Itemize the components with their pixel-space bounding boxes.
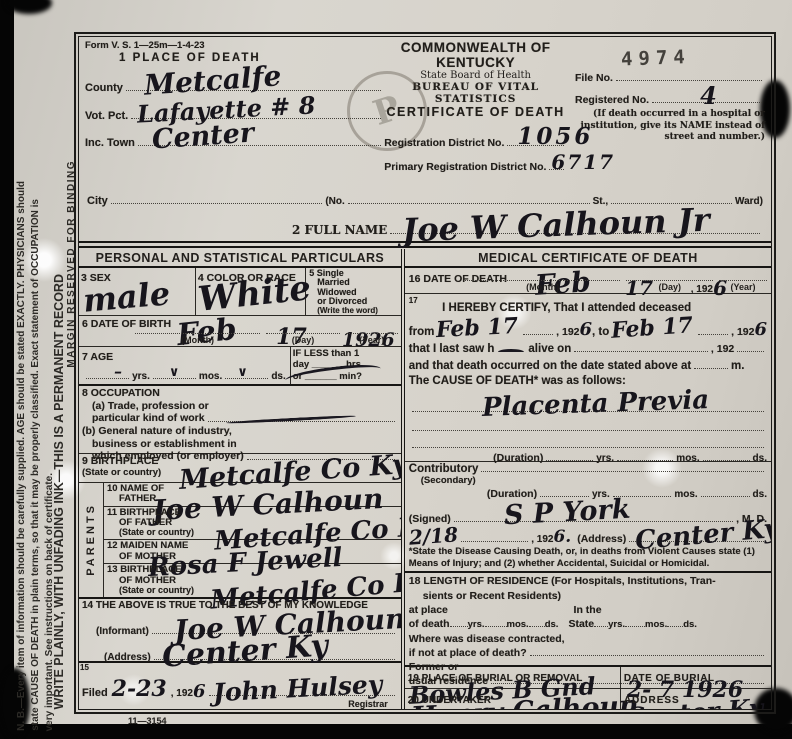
medical-column: MEDICAL CERTIFICATE OF DEATH 16 DATE OF … bbox=[405, 249, 771, 709]
residence-block: 18 LENGTH OF RESIDENCE (For Hospitals, I… bbox=[405, 573, 771, 667]
street-no-label: (No. bbox=[325, 196, 344, 207]
mother-birthplace-row: 13 BIRTHPLACE OF MOTHER (State or countr… bbox=[104, 564, 401, 597]
cause-of-death-block: The CAUSE OF DEATH* was as follows: Plac… bbox=[405, 374, 771, 462]
residence-atplace-label: at place bbox=[409, 603, 574, 617]
filed-date-value: 2-23 bbox=[112, 680, 167, 699]
res-ds1: ds. bbox=[545, 619, 559, 632]
registration-district-field: Registration District No. 1056 bbox=[384, 119, 567, 149]
file-no-label: File No. bbox=[575, 72, 613, 84]
dod-day-caption: (Day) bbox=[626, 280, 713, 292]
sex-cell: 3 SEX male bbox=[79, 268, 196, 315]
informant-label: (Informant) bbox=[96, 626, 149, 637]
burial-row: 19 PLACE OF BURIAL OR REMOVAL Bowles B G… bbox=[405, 667, 771, 689]
residence-ofdeath-label: of death bbox=[409, 617, 450, 631]
residence-ifnot-label: if not at place of death? bbox=[409, 646, 527, 660]
dod-year-caption: (Year) bbox=[719, 280, 767, 292]
personal-section-title: PERSONAL AND STATISTICAL PARTICULARS bbox=[79, 249, 401, 268]
signed-date-value: 2/18 bbox=[408, 526, 458, 546]
birthplace-row: 9 BIRTHPLACE (State or country) Metcalfe… bbox=[79, 454, 401, 483]
occupation-a-line1: (a) Trade, profession or bbox=[92, 400, 398, 413]
burial-date-cell: DATE OF BURIAL 2- 7 1926 bbox=[621, 667, 771, 688]
file-number-stamp: 4974 bbox=[621, 43, 766, 70]
inc-town-value: Center bbox=[151, 123, 255, 153]
ink-stroke bbox=[226, 415, 356, 425]
file-no-field: File No. bbox=[575, 68, 765, 84]
physician-signature: S P York bbox=[503, 498, 631, 528]
residence-inthe-label: In the bbox=[574, 603, 602, 617]
primary-registration-field: Primary Registration District No. 6717 bbox=[384, 149, 567, 173]
parents-vertical-label: PARENTS bbox=[79, 483, 104, 597]
personal-column: PERSONAL AND STATISTICAL PARTICULARS 3 S… bbox=[79, 249, 405, 709]
filed-year-printed: , 192 bbox=[171, 688, 193, 699]
cause-footnote: *State the Disease Causing Death, or, in… bbox=[405, 545, 771, 574]
certificate-form: P Form V. S. 1—25m—1-4-23 1 PLACE OF DEA… bbox=[74, 32, 776, 714]
certify-to-label: , to bbox=[592, 324, 609, 341]
registered-no-value: 4 bbox=[700, 86, 717, 106]
age-mos-mark: ∨ bbox=[169, 367, 180, 378]
residence-where-label: Where was disease contracted, bbox=[409, 632, 767, 646]
certify-line: I HEREBY CERTIFY, That I attended deceas… bbox=[442, 302, 691, 314]
certify-from-label: from bbox=[409, 324, 435, 341]
certify-year1-suffix: 6 bbox=[580, 322, 593, 337]
registration-district-value: 1056 bbox=[517, 127, 593, 147]
lastsaw-line: that I last saw h bbox=[409, 341, 495, 358]
main-columns: PERSONAL AND STATISTICAL PARTICULARS 3 S… bbox=[79, 249, 771, 709]
father-birthplace-row: 11 BIRTHPLACE OF FATHER (State or countr… bbox=[104, 507, 401, 541]
age-mos-label: mos. bbox=[199, 371, 222, 382]
attended-from-value: Feb 17 bbox=[436, 316, 519, 339]
primary-registration-label: Primary Registration District No. bbox=[384, 161, 546, 173]
sex-value: male bbox=[82, 280, 171, 315]
parents-block: PARENTS 10 NAME OF FATHER Joe W Calhoun … bbox=[79, 483, 401, 599]
res-ds2: ds. bbox=[683, 619, 697, 632]
dob-year-caption: (Year) bbox=[346, 333, 398, 345]
parents-label-text: PARENTS bbox=[85, 503, 97, 576]
scanned-death-certificate: N. B.—Every item of information should b… bbox=[0, 0, 792, 739]
res-yrs1: yrs. bbox=[468, 619, 485, 632]
age-cell: 7 AGE – yrs. ∨ mos. ∨ ds. bbox=[79, 347, 290, 385]
registered-no-field: Registered No. 4 bbox=[575, 84, 765, 106]
dob-month-caption: (Month) bbox=[135, 333, 260, 345]
informant-block: 14 THE ABOVE IS TRUE TO THE BEST OF MY K… bbox=[79, 599, 401, 663]
lastsaw-year-printed: , 192 bbox=[711, 342, 734, 358]
father-name-row: 10 NAME OF FATHER Joe W Calhoun bbox=[104, 483, 401, 507]
county-field: County Metcalfe bbox=[85, 66, 384, 94]
dob-day-caption: (Day) bbox=[266, 333, 340, 345]
age-ds-label: ds. bbox=[271, 371, 285, 382]
form-code: Form V. S. 1—25m—1-4-23 bbox=[85, 40, 384, 51]
margin-note-nb-line2: state CAUSE OF DEATH in plain terms, so … bbox=[30, 199, 41, 731]
registrar-signature: John Hulsey bbox=[212, 673, 382, 703]
sex-race-marital-row: 3 SEX male 4 COLOR OR RACE White 5 Singl… bbox=[79, 268, 401, 316]
dob-label: 6 DATE OF BIRTH bbox=[82, 318, 171, 330]
form-header: P Form V. S. 1—25m—1-4-23 1 PLACE OF DEA… bbox=[79, 37, 771, 187]
certify-year2-suffix: 6 bbox=[754, 322, 767, 337]
header-right-block: COMMONWEALTH OF KENTUCKY State Board of … bbox=[384, 40, 765, 187]
occupation-row: 8 OCCUPATION (a) Trade, profession or pa… bbox=[79, 386, 401, 454]
residence-state-label: State bbox=[568, 617, 594, 631]
commonwealth-title: COMMONWEALTH OF KENTUCKY bbox=[384, 40, 567, 70]
age-label: 7 AGE bbox=[82, 351, 113, 363]
inc-town-field: Inc. Town Center bbox=[85, 122, 384, 149]
dod-month-caption: (Month) bbox=[465, 280, 621, 292]
signed-year-suffix: 6. bbox=[553, 530, 571, 544]
full-name-value: Joe W Calhoun Jr bbox=[402, 206, 710, 244]
signed-year-printed: , 192 bbox=[531, 534, 553, 545]
race-value: White bbox=[197, 274, 313, 315]
race-cell: 4 COLOR OR RACE White bbox=[196, 268, 306, 315]
date-of-birth-row: 6 DATE OF BIRTH Feb 17 1926 (Month) (Day… bbox=[79, 316, 401, 346]
margin-note-nb-line1: N. B.—Every item of information should b… bbox=[16, 181, 27, 731]
informant-address-label: (Address) bbox=[104, 652, 151, 663]
filed-year-suffix: 6 bbox=[193, 684, 206, 699]
res-mos2: mos. bbox=[645, 619, 667, 632]
full-name-row: 2 FULL NAME Joe W Calhoun Jr bbox=[79, 207, 771, 240]
residence-line1: 18 LENGTH OF RESIDENCE (For Hospitals, I… bbox=[409, 574, 767, 588]
res-mos1: mos. bbox=[507, 619, 529, 632]
registration-district-label: Registration District No. bbox=[384, 137, 504, 149]
filed-label: Filed bbox=[82, 687, 108, 699]
registered-no-label: Registered No. bbox=[575, 94, 649, 106]
contributory-label: Contributory bbox=[409, 463, 479, 475]
occupation-label: 8 OCCUPATION bbox=[82, 387, 398, 400]
attended-to-value: Feb 17 bbox=[611, 316, 694, 340]
signed-address-label: (Address) bbox=[577, 533, 626, 545]
contrib-duration-label: (Duration) bbox=[487, 488, 537, 500]
primary-registration-value: 6717 bbox=[551, 154, 615, 171]
inc-town-label: Inc. Town bbox=[85, 137, 135, 149]
contrib-ds-label: ds. bbox=[753, 489, 767, 500]
contrib-mos-label: mos. bbox=[674, 489, 697, 500]
occupation-b-line1: (b) General nature of industry, bbox=[82, 425, 398, 438]
undertaker-cell: 20 UNDERTAKER Henry Calhoun bbox=[405, 689, 621, 709]
ink-stroke bbox=[498, 349, 524, 355]
city-label: City bbox=[87, 195, 108, 207]
cause-value: Placenta Previa bbox=[481, 389, 709, 419]
occupation-b-line2: business or establishment in bbox=[92, 438, 398, 451]
if-less-line1: IF LESS than 1 bbox=[293, 348, 399, 360]
full-name-label: 2 FULL NAME bbox=[292, 223, 387, 237]
voting-precinct-label: Vot. Pct. bbox=[85, 110, 128, 122]
undertaker-row: 20 UNDERTAKER Henry Calhoun ADDRESS Cent… bbox=[405, 689, 771, 709]
hospital-note: (If death occurred in a hospital or inst… bbox=[575, 109, 765, 144]
age-ds-mark: ∨ bbox=[237, 367, 248, 378]
burial-place-cell: 19 PLACE OF BURIAL OR REMOVAL Bowles B G… bbox=[405, 667, 621, 688]
filed-row: 15 Filed 2-23 , 192 6 John Hulsey Regist… bbox=[79, 663, 401, 709]
place-of-death-block: Form V. S. 1—25m—1-4-23 1 PLACE OF DEATH… bbox=[85, 40, 384, 187]
age-row: 7 AGE – yrs. ∨ mos. ∨ ds. IF LESS bbox=[79, 347, 401, 387]
undertaker-address-cell: ADDRESS Center Ky bbox=[621, 689, 771, 709]
date-of-death-row: 16 DATE OF DEATH Feb 17 , 192 6 (Month) … bbox=[405, 268, 771, 294]
if-less-box: IF LESS than 1 day ______ hrs. or ______… bbox=[290, 347, 401, 385]
county-label: County bbox=[85, 82, 123, 94]
age-yrs-label: yrs. bbox=[132, 371, 150, 382]
res-yrs2: yrs. bbox=[608, 619, 625, 632]
certify-year2-printed: , 192 bbox=[731, 325, 754, 341]
secondary-label: (Secondary) bbox=[421, 475, 767, 486]
certify-item-number: 17 bbox=[409, 296, 418, 305]
signed-block: (Signed) S P York , M. D. 2/18 , 192 6. … bbox=[405, 501, 771, 545]
age-yrs-mark: – bbox=[114, 365, 122, 379]
certify-year1-printed: , 192 bbox=[556, 325, 579, 341]
marital-cell: 5 Single Married Widowed or Divorced (Wr… bbox=[306, 268, 401, 315]
residence-line2: sients or Recent Residents) bbox=[423, 589, 767, 603]
bottom-form-code: 11—3154 bbox=[128, 716, 167, 726]
street-ward-label: Ward) bbox=[735, 196, 763, 207]
marital-hint: (Write the word) bbox=[317, 307, 401, 315]
contributory-block: Contributory (Secondary) (Duration) yrs.… bbox=[405, 462, 771, 501]
cause-label: The CAUSE OF DEATH* was as follows: bbox=[409, 375, 767, 387]
margin-write-plainly: WRITE PLAINLY, WITH UNFADING INK—THIS IS… bbox=[52, 274, 66, 709]
mother-maiden-row: 12 MAIDEN NAME OF MOTHER Rosa F Jewell bbox=[104, 540, 401, 564]
occupation-a-line2: particular kind of work bbox=[92, 412, 205, 425]
certify-block: 17 I HEREBY CERTIFY, That I attended dec… bbox=[405, 294, 771, 374]
alive-on-label: alive on bbox=[528, 341, 571, 358]
